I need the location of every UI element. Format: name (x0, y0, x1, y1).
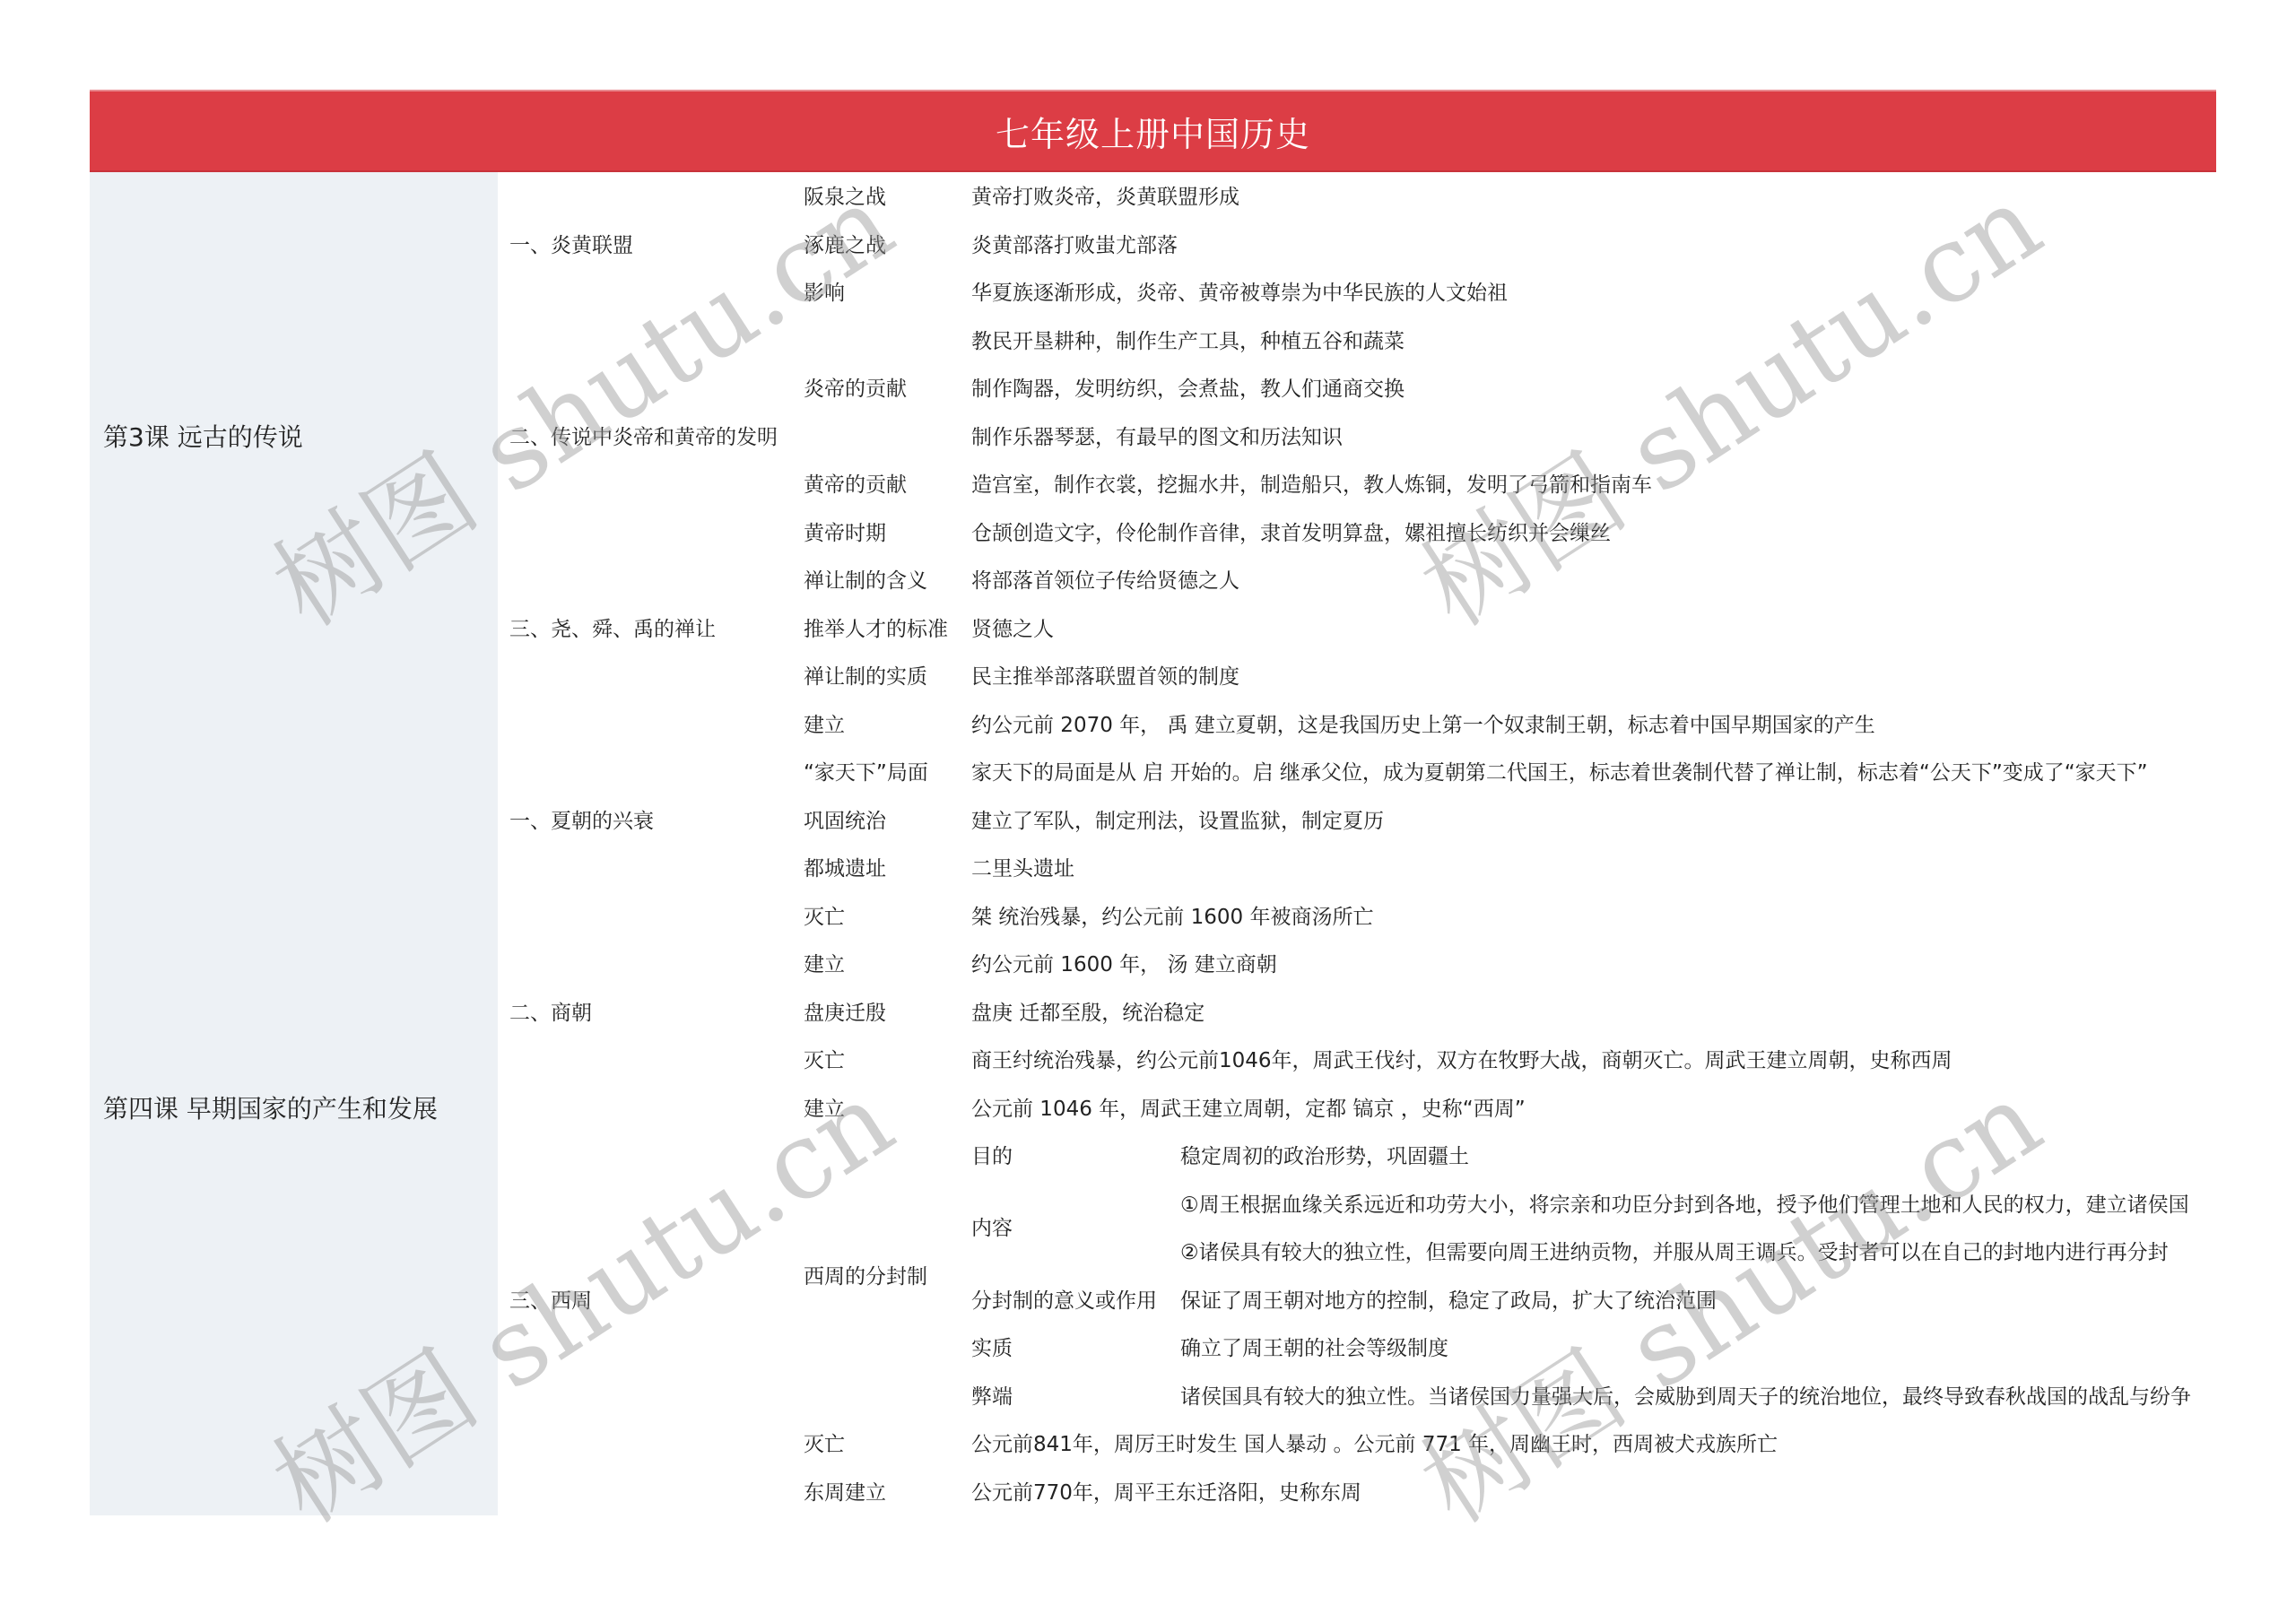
fengjian-item-label: 目的 (971, 1143, 1013, 1170)
topic-label: 东周建立 (804, 1480, 886, 1506)
fengjian-item-value: 稳定周初的政治形势，巩固疆土 (1180, 1143, 1469, 1170)
topic-label: 涿鹿之战 (804, 232, 886, 259)
watermark: 树图 shutu.cn (1387, 142, 2064, 655)
topic-label: 推举人才的标准 (804, 616, 948, 643)
topic-label: 炎帝的贡献 (804, 376, 907, 403)
fengjian-item-value: ①周王根据血缘关系远近和功劳大小，将宗亲和功臣分封到各地，授予他们管理土地和人民… (1180, 1192, 2189, 1219)
topic-label: 建立 (804, 1096, 845, 1123)
topic-label: 灭亡 (804, 1431, 845, 1458)
detail-text: 黄帝打败炎帝，炎黄联盟形成 (971, 184, 1239, 211)
topic-label: 都城遗址 (804, 855, 886, 882)
detail-text: 仓颉创造文字，伶伦制作音律，隶首发明算盘，嫘祖擅长纺织并会缫丝 (971, 520, 1611, 547)
page-title: 七年级上册中国历史 (996, 107, 1310, 156)
detail-text: 公元前 1046 年，周武王建立周朝，定都 镐京 ，史称“西周” (971, 1096, 1526, 1123)
detail-text: 家天下的局面是从 启 开始的。启 继承父位，成为夏朝第二代国王，标志着世袭制代替… (971, 759, 2148, 786)
topic-label: 禅让制的含义 (804, 568, 927, 595)
section-label: 一、夏朝的兴衰 (509, 808, 654, 835)
detail-text: 约公元前 1600 年， 汤 建立商朝 (971, 951, 1277, 978)
topic-label: 建立 (804, 951, 845, 978)
detail-text: 公元前841年，周厉王时发生 国人暴动 。公元前 771 年，周幽王时，西周被犬… (971, 1431, 1778, 1458)
fengjian-item-label: 分封制的意义或作用 (971, 1288, 1157, 1315)
detail-text: 教民开垦耕种，制作生产工具，种植五谷和蔬菜 (971, 328, 1405, 355)
lesson-column (90, 172, 498, 1515)
topic-label: 阪泉之战 (804, 184, 886, 211)
detail-text: 约公元前 2070 年， 禹 建立夏朝，这是我国历史上第一个奴隶制王朝，标志着中… (971, 712, 1875, 739)
detail-text: 炎黄部落打败蚩尤部落 (971, 232, 1178, 259)
fengjian-item-label: 内容 (971, 1215, 1013, 1242)
detail-text: 二里头遗址 (971, 855, 1074, 882)
fengjian-item-label: 弊端 (971, 1384, 1013, 1410)
fengjian-item-value: ②诸侯具有较大的独立性，但需要向周王进纳贡物，并服从周王调兵。受封者可以在自己的… (1180, 1239, 2169, 1266)
topic-label: 灭亡 (804, 1047, 845, 1074)
topic-label: 黄帝时期 (804, 520, 886, 547)
section-label: 二、商朝 (509, 1000, 592, 1027)
detail-text: 桀 统治残暴，约公元前 1600 年被商汤所亡 (971, 904, 1373, 931)
detail-text: 盘庚 迁都至殷，统治稳定 (971, 1000, 1205, 1027)
detail-text: 华夏族逐渐形成，炎帝、黄帝被尊崇为中华民族的人文始祖 (971, 280, 1508, 307)
detail-text: 商王纣统治残暴，约公元前1046年，周武王伐纣，双方在牧野大战，商朝灭亡。周武王… (971, 1047, 1952, 1074)
detail-text: 建立了军队，制定刑法，设置监狱，制定夏历 (971, 808, 1384, 835)
section-label: 二、传说中炎帝和黄帝的发明 (509, 424, 778, 451)
section-label: 一、炎黄联盟 (509, 232, 633, 259)
lesson-title: 第3课 远古的传说 (103, 421, 303, 454)
detail-text: 贤德之人 (971, 616, 1054, 643)
topic-label: 禅让制的实质 (804, 664, 927, 690)
fengjian-item-value: 诸侯国具有较大的独立性。当诸侯国力量强大后，会威胁到周天子的统治地位，最终导致春… (1180, 1384, 2191, 1410)
topic-label: 巩固统治 (804, 808, 886, 835)
topic-label: 灭亡 (804, 904, 845, 931)
fengjian-item-value: 保证了周王朝对地方的控制，稳定了政局，扩大了统治范围 (1180, 1288, 1717, 1315)
detail-text: 民主推举部落联盟首领的制度 (971, 664, 1239, 690)
lesson-title: 第四课 早期国家的产生和发展 (103, 1093, 438, 1125)
topic-label: “家天下”局面 (804, 759, 928, 786)
topic-label: 西周的分封制 (804, 1263, 927, 1290)
detail-text: 制作陶器，发明纺织，会煮盐，教人们通商交换 (971, 376, 1405, 403)
topic-label: 影响 (804, 280, 845, 307)
section-label: 三、尧、舜、禹的禅让 (509, 616, 716, 643)
detail-text: 制作乐器琴瑟，有最早的图文和历法知识 (971, 424, 1343, 451)
detail-text: 将部落首领位子传给贤德之人 (971, 568, 1239, 595)
detail-text: 造宫室，制作衣裳，挖掘水井，制造船只，教人炼铜，发明了弓箭和指南车 (971, 472, 1652, 499)
title-bar: 七年级上册中国历史 (90, 90, 2216, 172)
topic-label: 黄帝的贡献 (804, 472, 907, 499)
detail-text: 公元前770年，周平王东迁洛阳，史称东周 (971, 1480, 1361, 1506)
topic-label: 盘庚迁殷 (804, 1000, 886, 1027)
fengjian-item-label: 实质 (971, 1335, 1013, 1362)
section-label: 三、西周 (509, 1288, 592, 1315)
fengjian-item-value: 确立了周王朝的社会等级制度 (1180, 1335, 1448, 1362)
topic-label: 建立 (804, 712, 845, 739)
